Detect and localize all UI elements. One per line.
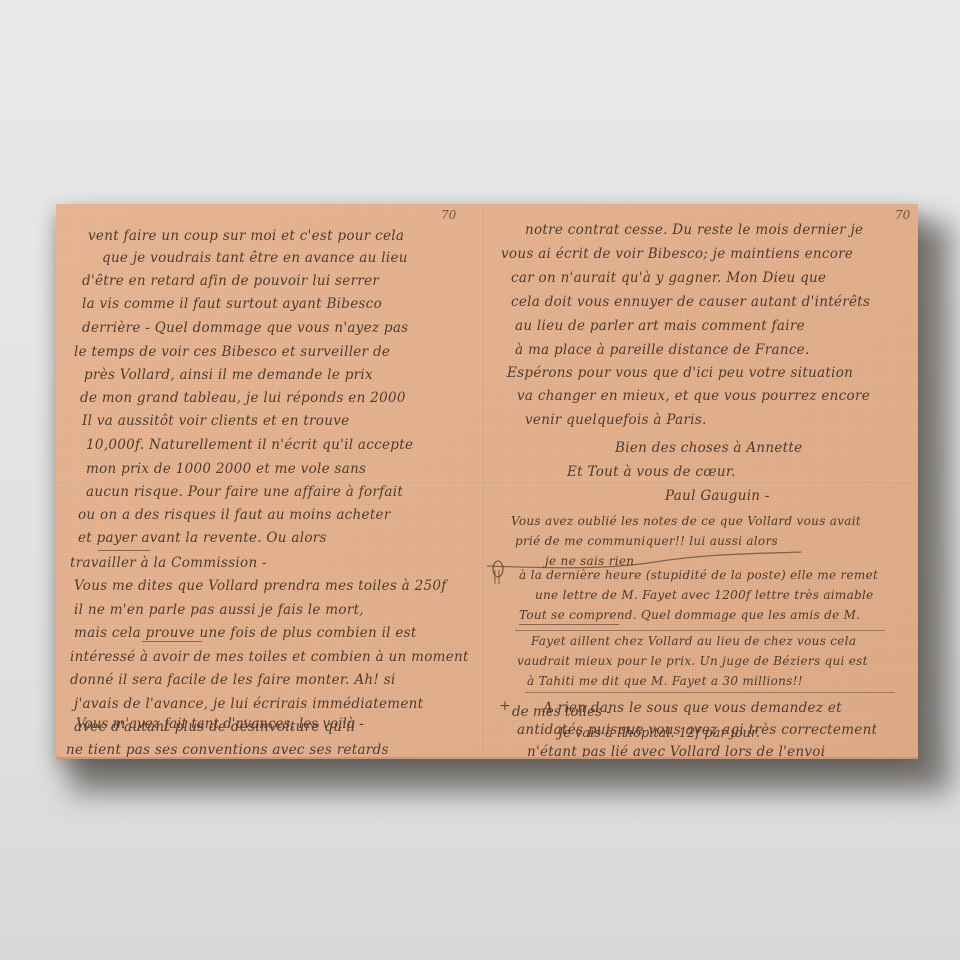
text-line: mais cela prouve une fois de plus combie…: [74, 625, 417, 641]
closing-line: Et Tout à vous de cœur.: [567, 464, 736, 480]
annotation-line: Je vais à l'hôpital. 12f par jour.: [558, 726, 760, 741]
text-line: va changer en mieux, et que vous pourrez…: [517, 388, 870, 404]
text-line: le temps de voir ces Bibesco et surveill…: [74, 344, 390, 360]
text-line: et payer avant la revente. Ou alors: [78, 530, 327, 546]
closing-line: Bien des choses à Annette: [615, 440, 802, 456]
text-line: que je voudrais tant être en avance au l…: [102, 250, 408, 266]
text-line: vent faire un coup sur moi et c'est pour…: [88, 228, 404, 244]
folio-number: 70: [441, 208, 456, 222]
underline-stroke: [519, 624, 619, 625]
annotation-line: Tout se comprend. Quel dommage que les a…: [519, 608, 860, 622]
text-line: donné il sera facile de les faire monter…: [70, 672, 396, 688]
text-line: à ma place à pareille distance de France…: [515, 342, 810, 358]
text-line: Il va aussitôt voir clients et en trouve: [82, 413, 349, 429]
text-line: travailler à la Commission -: [70, 555, 267, 571]
pencil-sketch-icon: [491, 560, 505, 590]
text-line: vous ai écrit de voir Bibesco; je mainti…: [501, 246, 853, 262]
separator-stroke: [515, 630, 885, 631]
text-line: près Vollard, ainsi il me demande le pri…: [84, 367, 373, 383]
text-line: la vis comme il faut surtout ayant Bibes…: [82, 296, 382, 312]
text-line: 10,000f. Naturellement il n'écrit qu'il …: [86, 437, 413, 453]
text-line: ou on a des risques il faut au moins ach…: [78, 507, 391, 523]
annotation-line: Fayet aillent chez Vollard au lieu de ch…: [531, 634, 856, 648]
text-line: intéressé à avoir de mes toiles et combi…: [70, 649, 469, 665]
signature: Paul Gauguin -: [665, 488, 770, 504]
text-line: Espérons pour vous que d'ici peu votre s…: [507, 365, 853, 381]
text-line: Vous m'avez fait tant d'avances, les voi…: [76, 716, 364, 732]
annotation-line: une lettre de M. Fayet avec 1200f lettre…: [535, 588, 874, 602]
text-line: derrière - Quel dommage que vous n'ayez …: [82, 320, 408, 336]
annotation-line: n'étant pas lié avec Vollard lors de l'e…: [527, 744, 825, 757]
text-line: au lieu de parler art mais comment faire: [515, 318, 805, 334]
right-page: 70 notre contrat cesse. Du reste le mois…: [485, 204, 918, 757]
plus-mark-icon: +: [499, 698, 511, 714]
text-line: d'être en retard afin de pouvoir lui ser…: [82, 273, 379, 289]
folio-number: 70: [895, 208, 910, 222]
annotation-line: à Tahiti me dit que M. Fayet a 30 millio…: [527, 674, 803, 688]
text-line: il ne m'en parle pas aussi je fais le mo…: [74, 602, 364, 618]
text-line: j'avais de l'avance, je lui écrirais imm…: [74, 696, 423, 712]
text-line: de mon grand tableau, je lui réponds en …: [80, 390, 406, 406]
underline-stroke: [142, 641, 202, 642]
text-line: Vous me dites que Vollard prendra mes to…: [74, 578, 447, 594]
text-line: aucun risque. Pour faire une affaire à f…: [86, 484, 403, 500]
text-line: venir quelquefois à Paris.: [525, 412, 707, 428]
separator-stroke: [525, 692, 895, 693]
left-page: 70 vent faire un coup sur moi et c'est p…: [56, 204, 483, 757]
text-line: car on n'aurait qu'à y gagner. Mon Dieu …: [511, 270, 826, 286]
underline-stroke: [98, 550, 150, 551]
postscript-line: Vous avez oublié les notes de ce que Vol…: [511, 514, 861, 528]
text-line: mon prix de 1000 2000 et me vole sans: [86, 461, 366, 477]
text-line: cela doit vous ennuyer de causer autant …: [511, 294, 870, 310]
handwritten-letter-sheet: 70 vent faire un coup sur moi et c'est p…: [56, 204, 918, 757]
annotation-line: à la dernière heure (stupidité de la pos…: [519, 568, 878, 582]
annotation-line: vaudrait mieux pour le prix. Un juge de …: [517, 654, 868, 668]
text-line: notre contrat cesse. Du reste le mois de…: [525, 222, 863, 238]
annotation-line: de mes toiles -: [512, 704, 611, 720]
text-line: ne tient pas ses conventions avec ses re…: [66, 742, 389, 757]
